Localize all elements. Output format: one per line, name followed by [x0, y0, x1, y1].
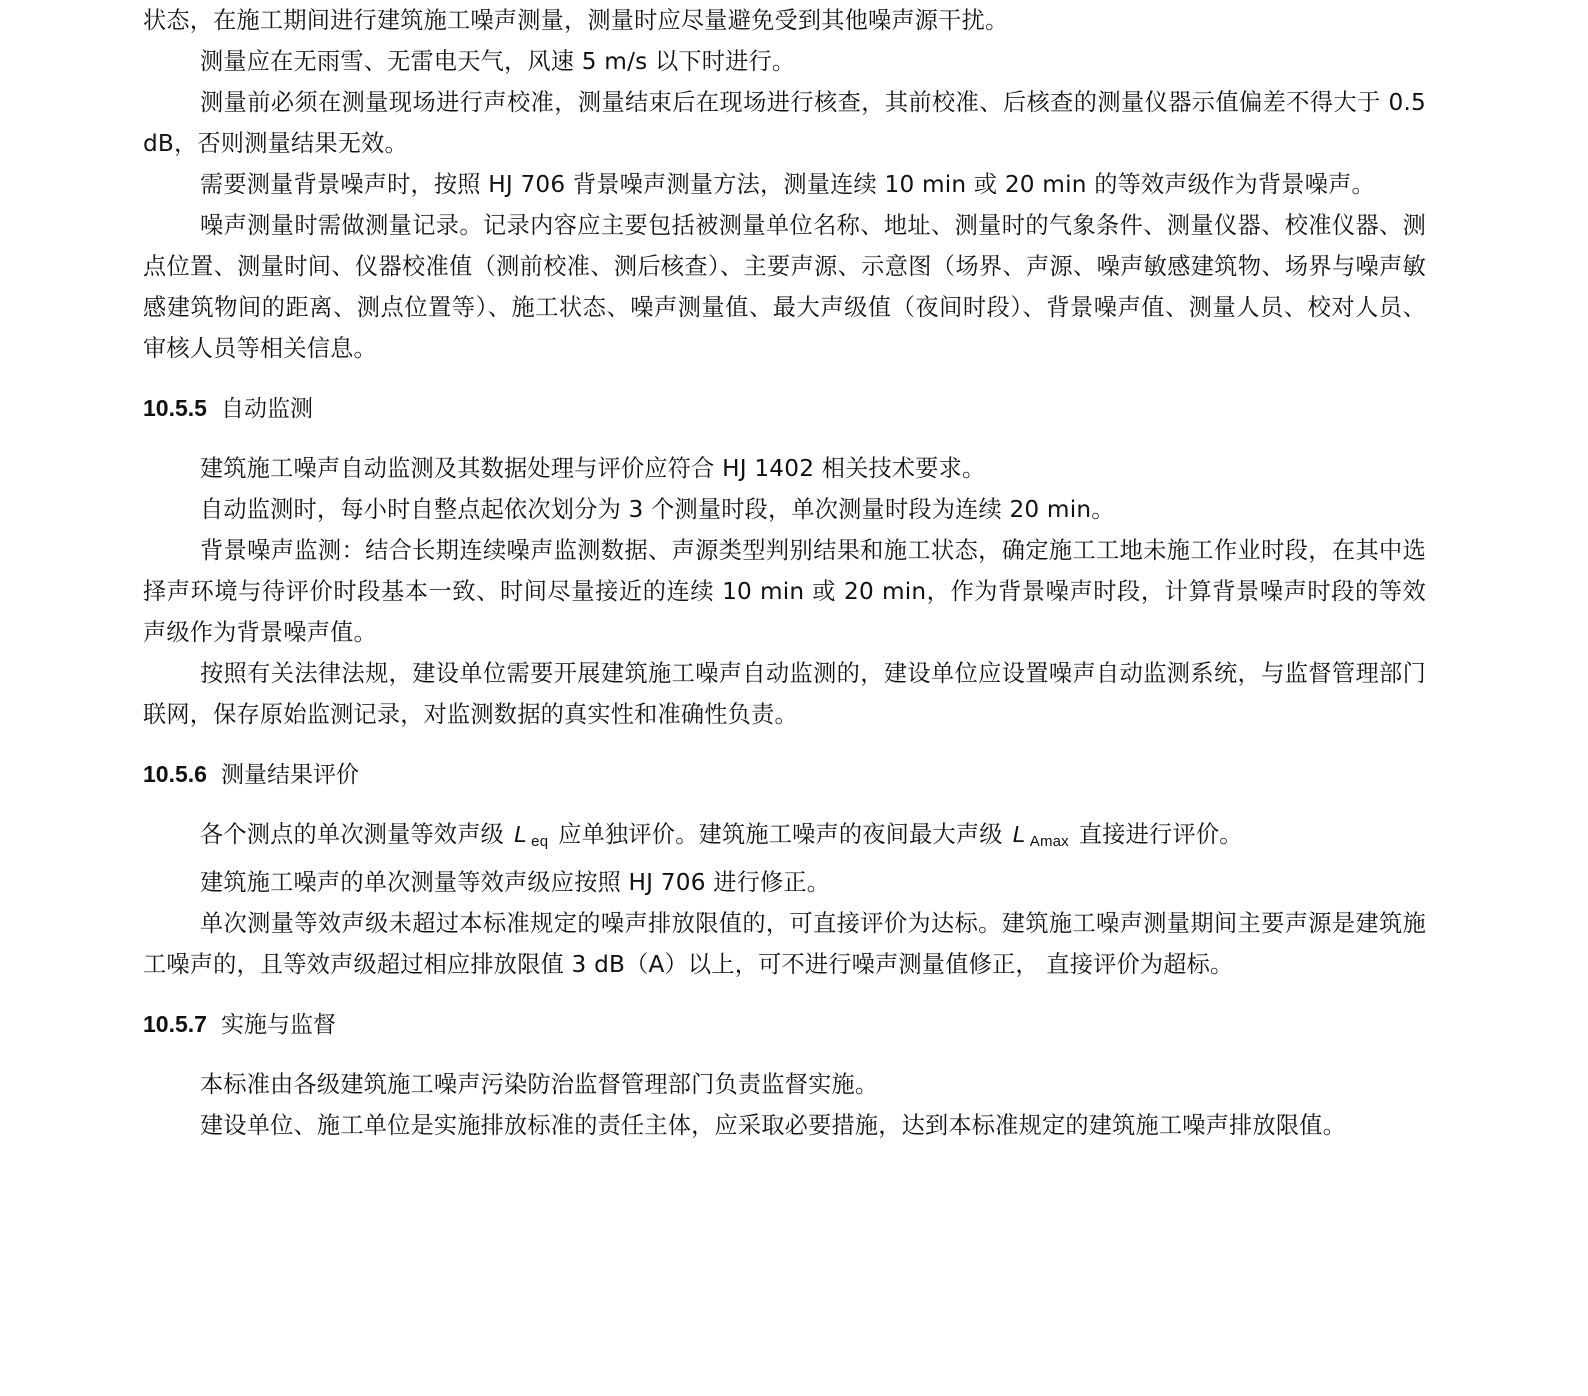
- subscript-amax: Amax: [1030, 833, 1069, 850]
- section-title: 实施与监督: [221, 1012, 336, 1038]
- section-number: 10.5.5: [143, 395, 207, 421]
- paragraph: 建设单位、施工单位是实施排放标准的责任主体，应采取必要措施，达到本标准规定的建筑…: [143, 1105, 1426, 1146]
- paragraph: 状态，在施工期间进行建筑施工噪声测量，测量时应尽量避免受到其他噪声源干扰。: [143, 0, 1426, 41]
- symbol-l: L: [514, 821, 527, 847]
- paragraph: 测量应在无雨雪、无雷电天气，风速 5 m/s 以下时进行。: [143, 41, 1426, 82]
- section-number: 10.5.7: [143, 1011, 207, 1037]
- paragraph: 测量前必须在测量现场进行声校准，测量结束后在现场进行核查，其前校准、后核查的测量…: [143, 82, 1426, 164]
- section-title: 自动监测: [221, 396, 313, 422]
- document-page: 状态，在施工期间进行建筑施工噪声测量，测量时应尽量避免受到其他噪声源干扰。 测量…: [143, 0, 1426, 1146]
- paragraph: 按照有关法律法规，建设单位需要开展建筑施工噪声自动监测的，建设单位应设置噪声自动…: [143, 653, 1426, 735]
- symbol-l: L: [1013, 821, 1026, 847]
- paragraph: 单次测量等效声级未超过本标准规定的噪声排放限值的，可直接评价为达标。建筑施工噪声…: [143, 903, 1426, 985]
- text: 直接进行评价。: [1079, 821, 1243, 848]
- section-heading-10-5-5: 10.5.5自动监测: [143, 388, 1426, 430]
- text: 应单独评价。建筑施工噪声的夜间最大声级: [558, 821, 1002, 848]
- section-number: 10.5.6: [143, 761, 207, 787]
- section-heading-10-5-7: 10.5.7实施与监督: [143, 1004, 1426, 1046]
- paragraph: 本标准由各级建筑施工噪声污染防治监督管理部门负责监督实施。: [143, 1064, 1426, 1105]
- text: 各个测点的单次测量等效声级: [200, 821, 504, 848]
- paragraph: 背景噪声监测：结合长期连续噪声监测数据、声源类型判别结果和施工状态，确定施工工地…: [143, 530, 1426, 653]
- paragraph: 自动监测时，每小时自整点起依次划分为 3 个测量时段，单次测量时段为连续 20 …: [143, 489, 1426, 530]
- subscript-eq: eq: [531, 833, 548, 850]
- paragraph: 需要测量背景噪声时，按照 HJ 706 背景噪声测量方法，测量连续 10 min…: [143, 164, 1426, 205]
- paragraph-leq-evaluation: 各个测点的单次测量等效声级Leq应单独评价。建筑施工噪声的夜间最大声级LAmax…: [143, 814, 1426, 862]
- section-heading-10-5-6: 10.5.6测量结果评价: [143, 754, 1426, 796]
- paragraph: 建筑施工噪声的单次测量等效声级应按照 HJ 706 进行修正。: [143, 862, 1426, 903]
- paragraph: 建筑施工噪声自动监测及其数据处理与评价应符合 HJ 1402 相关技术要求。: [143, 448, 1426, 489]
- section-title: 测量结果评价: [221, 762, 359, 788]
- paragraph: 噪声测量时需做测量记录。记录内容应主要包括被测量单位名称、地址、测量时的气象条件…: [143, 205, 1426, 369]
